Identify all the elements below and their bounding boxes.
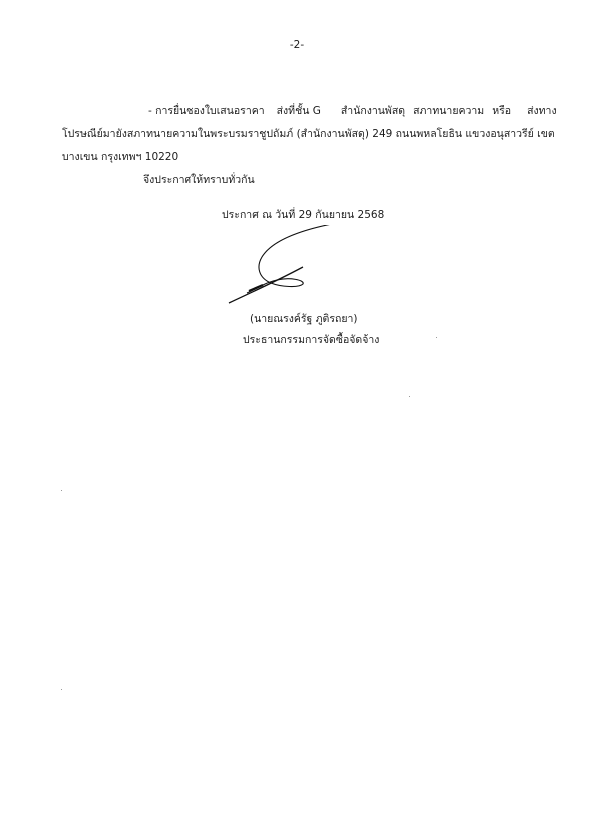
lawyers-council-text: สภาทนายความ bbox=[413, 105, 484, 117]
paragraph-line-3: บางเขน กรุงเทพฯ 10220 bbox=[62, 150, 178, 164]
supplies-office-text: สำนักงานพัสดุ bbox=[341, 105, 405, 117]
signature-icon bbox=[215, 225, 350, 310]
scan-speck bbox=[61, 490, 62, 491]
floor-text: ส่งที่ชั้น G bbox=[277, 105, 321, 117]
or-text: หรือ bbox=[492, 105, 511, 117]
signer-name: (นายณรงค์รัฐ ภูติรถยา) bbox=[250, 312, 358, 326]
bid-submission-text: - การยื่นซองใบเสนอราคา bbox=[148, 105, 265, 117]
paragraph-line-1: - การยื่นซองใบเสนอราคาส่งที่ชั้น Gสำนักง… bbox=[148, 104, 557, 118]
closing-statement: จึงประกาศให้ทราบทั่วกัน bbox=[143, 173, 255, 187]
paragraph-line-2: โปรษณีย์มายังสภาทนายความในพระบรมราชูปถัม… bbox=[62, 127, 555, 141]
document-page: -2- - การยื่นซองใบเสนอราคาส่งที่ชั้น Gสำ… bbox=[0, 0, 594, 840]
send-via-text: ส่งทาง bbox=[527, 105, 556, 117]
scan-speck bbox=[409, 396, 410, 397]
signer-title: ประธานกรรมการจัดซื้อจัดจ้าง bbox=[243, 333, 379, 347]
scan-speck bbox=[436, 337, 437, 338]
announcement-date: ประกาศ ณ วันที่ 29 กันยายน 2568 bbox=[222, 208, 384, 222]
scan-speck bbox=[61, 689, 62, 690]
page-number: -2- bbox=[0, 38, 594, 52]
